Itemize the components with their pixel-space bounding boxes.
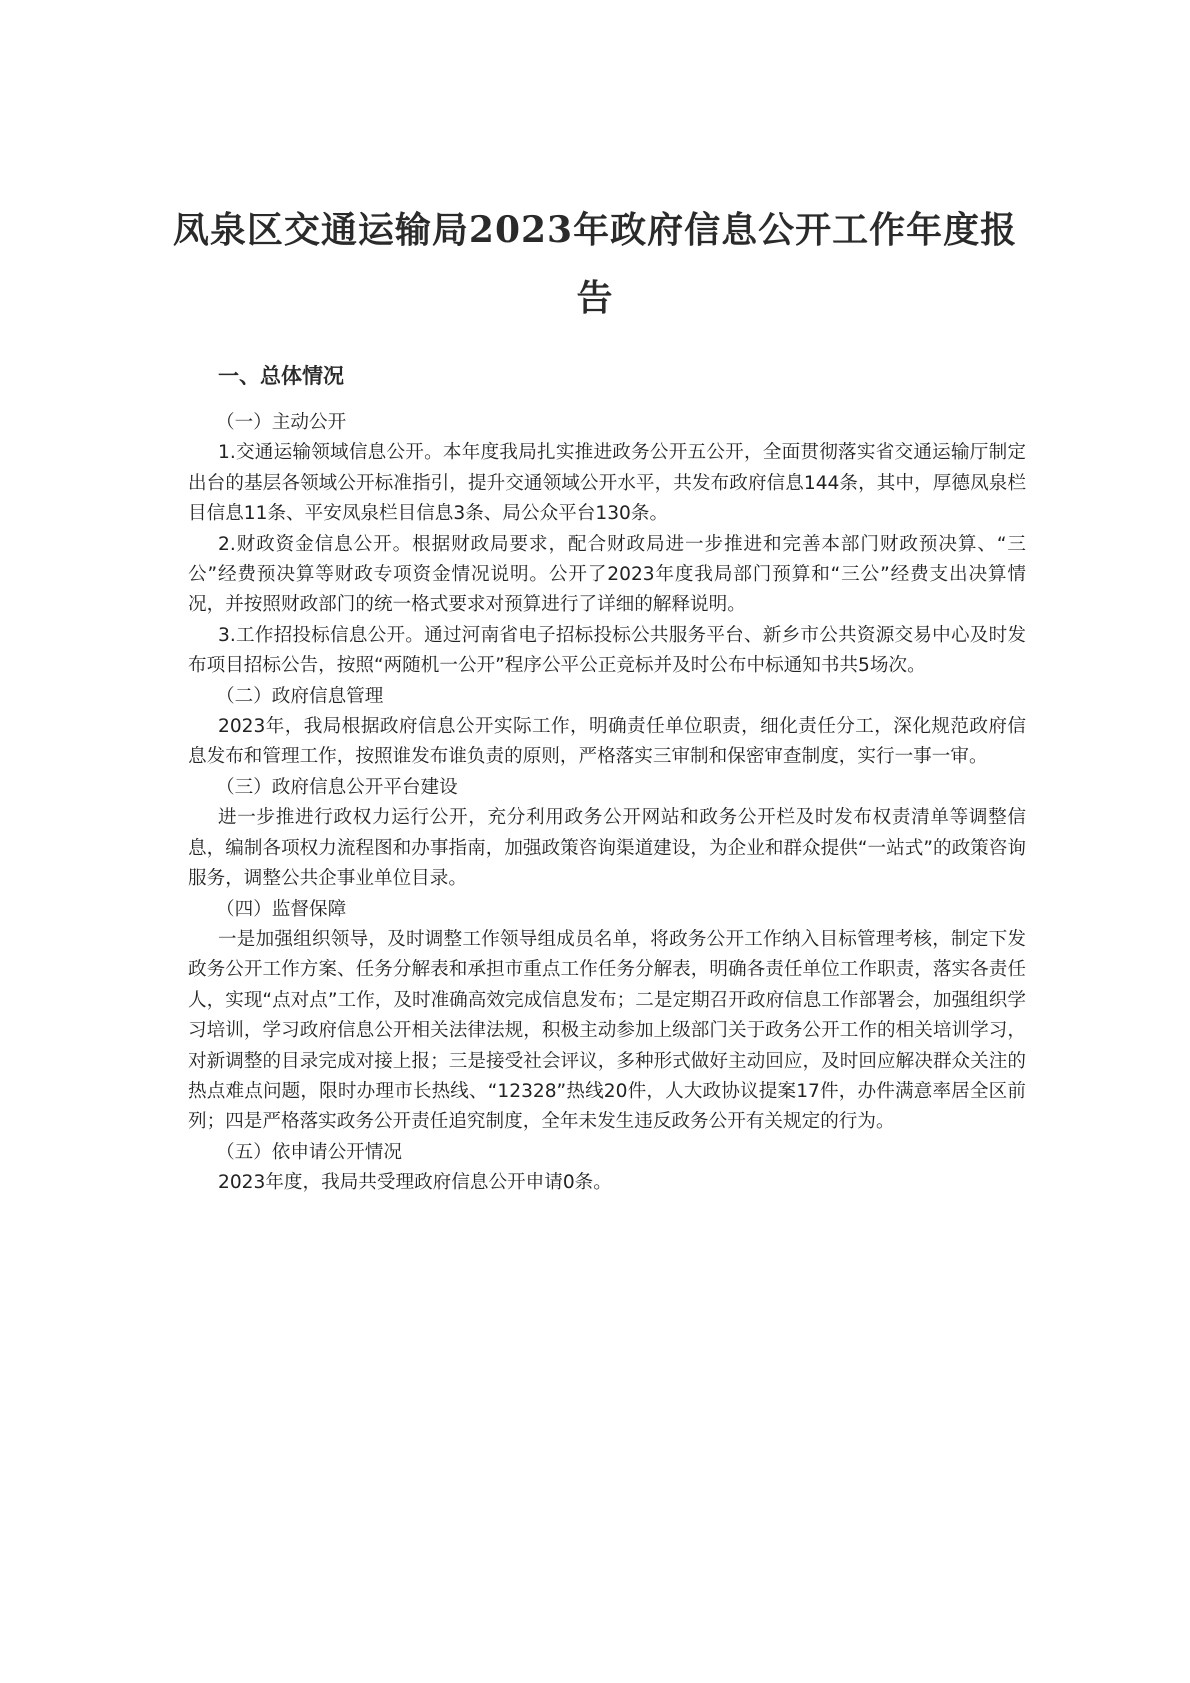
- document-title: 凤泉区交通运输局2023年政府信息公开工作年度报告: [160, 196, 1030, 332]
- paragraph-supervision: 一是加强组织领导，及时调整工作领导组成员名单，将政务公开工作纳入目标管理考核，制…: [188, 925, 1026, 1138]
- section-heading-overview: 一、总体情况: [218, 360, 344, 390]
- subsection-heading-supervision: （四）监督保障: [188, 895, 1026, 925]
- subsection-heading-platform: （三）政府信息公开平台建设: [188, 773, 1026, 803]
- paragraph-info-management: 2023年，我局根据政府信息公开实际工作，明确责任单位职责，细化责任分工，深化规…: [188, 712, 1026, 773]
- document-body: （一）主动公开 1.交通运输领域信息公开。本年度我局扎实推进政务公开五公开，全面…: [188, 408, 1026, 1199]
- paragraph-application-disclosure: 2023年度，我局共受理政府信息公开申请0条。: [188, 1168, 1026, 1198]
- subsection-heading-application-disclosure: （五）依申请公开情况: [188, 1138, 1026, 1168]
- subsection-heading-info-management: （二）政府信息管理: [188, 682, 1026, 712]
- paragraph-transport-info: 1.交通运输领域信息公开。本年度我局扎实推进政务公开五公开，全面贯彻落实省交通运…: [188, 438, 1026, 529]
- paragraph-tender-info: 3.工作招投标信息公开。通过河南省电子招标投标公共服务平台、新乡市公共资源交易中…: [188, 621, 1026, 682]
- paragraph-finance-info: 2.财政资金信息公开。根据财政局要求，配合财政局进一步推进和完善本部门财政预决算…: [188, 530, 1026, 621]
- subsection-heading-proactive-disclosure: （一）主动公开: [188, 408, 1026, 438]
- paragraph-platform: 进一步推进行政权力运行公开，充分利用政务公开网站和政务公开栏及时发布权责清单等调…: [188, 803, 1026, 894]
- document-page: 凤泉区交通运输局2023年政府信息公开工作年度报告 一、总体情况 （一）主动公开…: [0, 0, 1190, 1683]
